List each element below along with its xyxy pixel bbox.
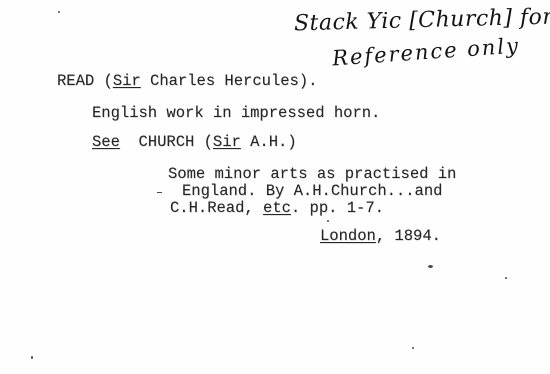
title-note-line3: C.H.Read, etc. pp. 1-7.	[170, 200, 384, 217]
title-note-line1: Some minor arts as practised in	[168, 166, 456, 183]
note3-etc-underlined: etc	[263, 199, 291, 217]
note3-pre: C.H.Read,	[170, 199, 263, 217]
scan-speck	[428, 265, 433, 268]
imprint-place-underlined: London	[320, 227, 376, 245]
title-note-line2: England. By A.H.Church...and	[182, 183, 442, 200]
scan-speck	[157, 192, 162, 193]
see-reference-line: See CHURCH (Sir A.H.)	[92, 134, 297, 151]
heading-author-line: READ (Sir Charles Hercules).	[57, 73, 317, 90]
scan-speck	[505, 277, 507, 279]
scan-speck	[327, 220, 329, 222]
scan-speck	[412, 347, 414, 349]
subject-line: English work in impressed horn.	[92, 105, 380, 122]
see-mid: CHURCH (	[120, 133, 213, 151]
handwritten-annotation-line2: Reference only	[331, 33, 520, 70]
imprint-post: , 1894.	[376, 227, 441, 245]
catalog-card: Stack Yic [Church] for Reference only RE…	[0, 0, 550, 374]
scan-speck	[31, 356, 33, 359]
scan-speck	[58, 11, 60, 13]
imprint-line: London, 1894.	[320, 228, 441, 245]
heading-pre: READ (	[57, 72, 113, 90]
see-word-underlined: See	[92, 133, 120, 151]
heading-sir-underlined: Sir	[113, 72, 141, 90]
note3-post: . pp. 1-7.	[291, 199, 384, 217]
see-sir-underlined: Sir	[213, 133, 241, 151]
see-post: A.H.)	[241, 133, 297, 151]
heading-post: Charles Hercules).	[141, 72, 318, 90]
handwritten-annotation-line1: Stack Yic [Church] for	[294, 5, 550, 37]
